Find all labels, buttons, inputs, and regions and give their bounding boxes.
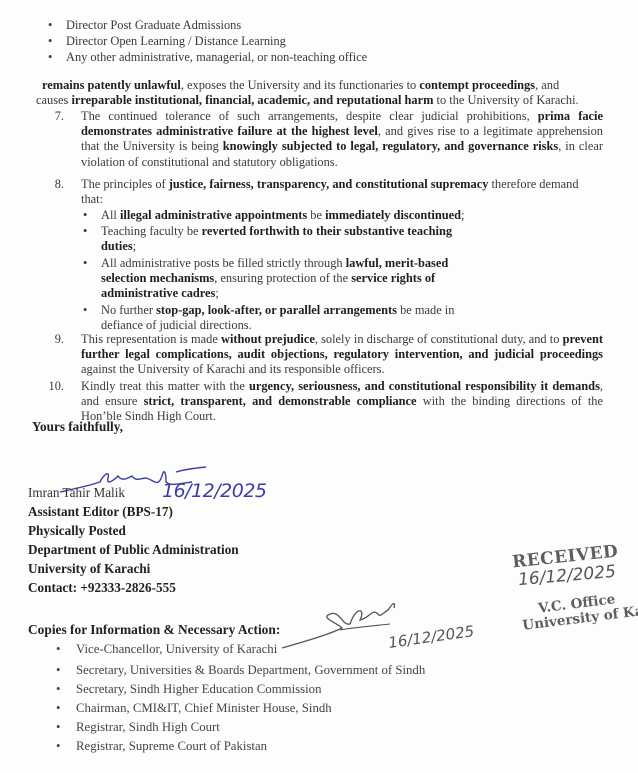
signatory-posting: Physically Posted [28, 521, 239, 540]
list-item: •No further stop-gap, look-after, or par… [101, 303, 481, 333]
signatory-contact: Contact: +92333-2826-555 [28, 578, 239, 597]
bullet-icon: • [48, 18, 52, 33]
list-item: •Secretary, Universities & Boards Depart… [76, 662, 425, 678]
list-item: •Director Open Learning / Distance Learn… [66, 34, 396, 49]
bullet-icon: • [56, 719, 60, 735]
bullet-icon: • [56, 681, 60, 697]
signatory-block: Imran Tahir Malik Assistant Editor (BPS-… [28, 483, 239, 597]
continuation-line-2: causes irreparable institutional, financ… [36, 93, 616, 108]
paragraph-8: The principles of justice, fairness, tra… [81, 177, 603, 207]
bullet-icon: • [48, 50, 52, 65]
signatory-department: Department of Public Administration [28, 540, 239, 559]
bullet-icon: • [56, 738, 60, 754]
list-item: •Any other administrative, managerial, o… [66, 50, 396, 65]
list-item: •Director Post Graduate Admissions [66, 18, 396, 33]
bullet-icon: • [56, 700, 60, 716]
list-item: •Chairman, CMI&IT, Chief Minister House,… [76, 700, 332, 716]
bullet-icon: • [83, 224, 87, 239]
list-item: •Vice-Chancellor, University of Karachi [76, 641, 277, 657]
list-item: •Registrar, Sindh High Court [76, 719, 220, 735]
list-item: •Secretary, Sindh Higher Education Commi… [76, 681, 321, 697]
bullet-icon: • [48, 34, 52, 49]
signatory-name: Imran Tahir Malik [28, 483, 239, 502]
continuation-line-1: remains patently unlawful, exposes the U… [42, 78, 604, 93]
list-item: •Teaching faculty be reverted forthwith … [101, 224, 481, 254]
para-number: 8. [44, 177, 64, 192]
letter-page: •Director Post Graduate Admissions •Dire… [0, 0, 638, 773]
signatory-designation: Assistant Editor (BPS-17) [28, 502, 239, 521]
bullet-icon: • [83, 208, 87, 223]
list-item: •All illegal administrative appointments… [101, 208, 501, 223]
para-number: 9. [44, 332, 64, 347]
bullet-icon: • [83, 256, 87, 271]
paragraph-7: The continued tolerance of such arrangem… [81, 109, 603, 170]
signatory-university: University of Karachi [28, 559, 239, 578]
list-item: •All administrative posts be filled stri… [101, 256, 473, 302]
list-item: •Registrar, Supreme Court of Pakistan [76, 738, 267, 754]
bullet-icon: • [83, 303, 87, 318]
closing-salutation: Yours faithfully, [32, 419, 123, 435]
bullet-icon: • [56, 641, 60, 657]
paragraph-9: This representation is made without prej… [81, 332, 603, 378]
paragraph-10: Kindly treat this matter with the urgenc… [81, 379, 603, 425]
copies-title: Copies for Information & Necessary Actio… [28, 622, 280, 638]
para-number: 7. [44, 109, 64, 124]
para-number: 10. [44, 379, 64, 394]
bullet-icon: • [56, 662, 60, 678]
